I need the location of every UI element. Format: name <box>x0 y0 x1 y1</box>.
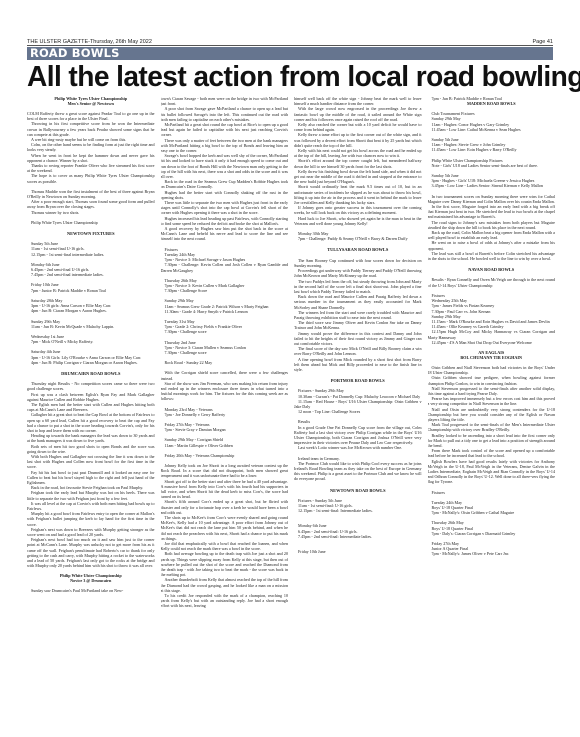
paragraph: himself well back off the white sign - J… <box>294 96 422 106</box>
fixture-block: Thursday 26th May Boys' U-18 Quarter Fin… <box>428 520 556 536</box>
paragraph: The winners led from the start and were … <box>294 310 422 320</box>
paragraph: The Portmor Club would like to wish Phil… <box>294 461 422 482</box>
paragraph: Feighan took the early lead but Murphy w… <box>27 490 155 500</box>
fixture-block: Monday 6th June 6.45pm - 2nd semi-final … <box>27 262 155 278</box>
fixture-line: 7pm - McNally's: James Oliver v Pete Car… <box>428 551 556 556</box>
paragraph: Fay hit his last bowl to just past Drumn… <box>27 470 155 486</box>
paragraph: Results - Ryan Connelly and Owen McVeigh… <box>428 277 556 287</box>
fixture-block: Wednesday 1st June 7pm - Mick O'Neill v … <box>27 334 155 344</box>
paragraph: Heading up towards the bank managers the… <box>27 433 155 443</box>
page-number: Page 41 <box>533 39 554 45</box>
paragraph: The lead was still a bowl at Barrett's b… <box>428 251 556 261</box>
fixture-date: Friday 10th June <box>294 549 422 554</box>
paragraph: Another thunderbolt from Kelly that almo… <box>161 577 289 593</box>
paragraph: Thomas Maddie won the first instalment o… <box>27 189 155 199</box>
paragraph: Feighan's next was down to Breezers with… <box>27 527 155 537</box>
fixture-block: Monday 6th June 6.45pm - 2nd semi-final:… <box>294 523 422 539</box>
paragraph: Shortt's effort around the top corner ca… <box>294 158 422 168</box>
fixture-block: Sunday 29th May 11am - Seamus Grew Grade… <box>161 298 289 314</box>
paragraph: When he went in front he kept the hammer… <box>27 153 155 163</box>
fixture-block: Sunday 5th June 11am - 1st semi-final U-… <box>27 241 155 257</box>
paragraph: In a good Grade One Pat Donnelly Cup sco… <box>294 425 422 446</box>
paragraph: Savage's bowl hopped the kerb and was we… <box>161 153 289 179</box>
fixture-line: 10.30am - Curran's - Pat Donnelly Cup: M… <box>294 394 422 399</box>
paragraph: Colm, on the other hand seems to be find… <box>27 142 155 152</box>
fixture-block: Fixtures - Sunday 5th June 11am - 1st se… <box>294 498 422 514</box>
fixture-block: Tuesday 24th May Boys' U-18 Quarter Fina… <box>428 500 556 516</box>
fixture-line: 3pm - U-16 Girls: Lily O'Rourke v Anna C… <box>27 355 155 360</box>
paragraph: Kelly threw his finishing bowl down the … <box>294 169 422 185</box>
paragraph: If Johnny goes onto greater success in t… <box>294 205 422 215</box>
fixture-block: Friday 10th June 7pm - Junior B: Patrick… <box>27 282 155 292</box>
fixture-block: Friday 27th May Junior A Quarter Final 7… <box>428 541 556 557</box>
paragraph: The road signs to Johnny's saw mistakes … <box>428 220 556 230</box>
paragraph: Throwing in his first competitive score … <box>27 121 155 137</box>
paragraph: Thursday night Results - No competition … <box>27 381 155 391</box>
paragraph: Oisin Gribben showed true pedigree, when… <box>428 375 556 385</box>
paragraph: Niall Stevenson progressed to the semi-f… <box>428 386 556 396</box>
column-2: town's Ciaran Savage - both men were on … <box>161 96 289 737</box>
paragraph: Feighan's next bowl had too much on it a… <box>27 537 155 568</box>
column-1: Philip White Tyres Ulster Championship M… <box>27 96 155 737</box>
fixture-block: Saturday 4th June 3pm - U-16 Girls: Lily… <box>27 349 155 365</box>
section-heading: PORTMOR ROAD BOWLS <box>294 378 422 383</box>
paragraph: McPartland hit a great shot round the ca… <box>161 122 289 138</box>
paragraph: Pearse has improved immensely but a few … <box>428 396 556 406</box>
paragraph: Oisin Gribben and Niall Stevenson both h… <box>428 365 556 375</box>
paragraph: First up was a clash between Eglish's Ry… <box>27 392 155 402</box>
paragraph: Kelly with his next could not get his bo… <box>294 148 422 158</box>
fixture-block: Friday 27th May - Veterans 7pm - Stevie … <box>161 422 289 432</box>
section-title: ROAD BOWLS <box>27 47 553 60</box>
fixture-line: 7.30pm - Challenge: Kevin Collen and Jos… <box>161 262 289 272</box>
fixture-line: 3.45pm - Low Line - Ladies Senior: Sinea… <box>428 183 556 188</box>
paragraph: Back down the road and Maurice Cullen an… <box>294 294 422 310</box>
paragraph: Philip White Tyres Ulster Championship <box>27 220 155 225</box>
paragraph: With the large crowd now engrossed in th… <box>294 106 422 122</box>
paragraph: Hughes increased his lead heading up pas… <box>161 216 289 226</box>
fixture-block: Sunday 5th June 3pm - Hughes - Girls' U1… <box>428 173 556 189</box>
fixture-line: 4pm - Jun B: Philip Corrigan v Ciaran Mo… <box>27 360 155 365</box>
column-3: himself well back off the white sign - J… <box>294 96 422 737</box>
section-heading: NAVAN ROAD BOWLS <box>428 267 556 272</box>
paragraph: The third score saw Jimmy Oliver and Kev… <box>294 320 422 330</box>
paragraph: Back in the road in the Seamus Grew Cup … <box>161 179 289 189</box>
paragraph: Hughes had the better start with Connoll… <box>161 190 289 200</box>
paragraph: The two Paddys led from the off, but ste… <box>294 279 422 295</box>
paragraph: Hard luck to Joe Shortt, who showed yet … <box>294 216 422 226</box>
fixture-block: Monday 23rd May - Veterans 7pm - Joe Don… <box>161 407 289 417</box>
paragraph: Shortt would ordinarily beat the mark 9.… <box>294 184 422 205</box>
paragraph: He went on to raise a bowl of odds at Jo… <box>428 240 556 250</box>
paragraph: Johnny Kelly took on Joe Shortt in a lon… <box>161 463 289 479</box>
paragraph: Star of the show was Jim Freeman, who wa… <box>161 381 289 402</box>
paragraph: In two tournament scores on Sunday morni… <box>428 194 556 204</box>
paragraph: After a poor enough start, Thomas soon f… <box>27 199 155 209</box>
fixture-block: Wednesday 25th May 7pm - James Fields vs… <box>428 298 556 345</box>
paragraph: Note - Girls' U18 and Ladies Senior semi… <box>428 163 556 168</box>
paragraph: The hope is to cover as many Philip Whit… <box>27 173 155 183</box>
fixture-block: Sunday 29th May - Corrigan Shield 11am -… <box>161 437 289 447</box>
section-heading: TULLYSARAN ROAD BOWLS <box>294 247 422 252</box>
section-heading: DRUMCAIRN ROAD BOWLS <box>27 371 155 376</box>
fixture-line: 7pm - Challenge: Paddy & Seamy O'Neill v… <box>294 236 422 241</box>
paragraph: It was all level at the cap at Corvin's … <box>27 501 155 511</box>
paragraph: Back up the road, Colin Mallon beat a bi… <box>428 230 556 240</box>
section-heading: NEWTOWN FIXTURES <box>27 231 155 236</box>
page-header: THE ULSTER GAZETTE-Thursday, 26th May 20… <box>27 36 553 46</box>
paragraph: town's Ciaran Savage - both men were on … <box>161 96 289 106</box>
paragraph: Bradley looked to be ascending into a sh… <box>428 433 556 449</box>
paragraph: The final score of the day saw Mick O'Ne… <box>294 346 422 356</box>
fixture-block: Sunday 29th May 11am - Hughes: Conor Hug… <box>428 116 556 132</box>
paragraph: In the first score, Maguire forged into … <box>428 204 556 220</box>
paragraph: Jimmy would prove the difference in this… <box>294 331 422 347</box>
paragraph: Kelly threw a tame effort up to the firs… <box>294 132 422 148</box>
paragraph: Murphy hit a good bowl from Fairlews ent… <box>27 511 155 527</box>
paragraph: The Eglish men had the better start with… <box>27 402 155 412</box>
paragraph: Both sets of men hit two good shots to o… <box>27 444 155 454</box>
newspaper-dateline: THE ULSTER GAZETTE-Thursday, 26th May 20… <box>27 39 152 45</box>
paragraph: COLM Rafferty threw a great score agains… <box>27 111 155 121</box>
fixture-block: Thursday 26th May 7pm - Novice 3: Kevin … <box>161 278 289 294</box>
fixture-block: Sunday 29th May 11am - Jun B: Kevin McQu… <box>27 319 155 329</box>
section-heading: NEWTOWN ROAD BOWLS <box>294 488 422 493</box>
fixture-block: Saturday 28th May 3pm - U-16 girls: Anna… <box>27 298 155 314</box>
fixture-block: Tuesday 24th May 7pm - Novice 3: Michael… <box>161 252 289 273</box>
paragraph: Mark Toal progressed to the semi-finals … <box>428 422 556 432</box>
paragraph: There was little to separate the two men… <box>161 200 289 216</box>
paragraph: From there Mark took control of the scor… <box>428 448 556 458</box>
paragraph: The shots up to McKee's from Corr's were… <box>161 515 289 541</box>
paragraph: Kelly also reached the corner but with a… <box>294 122 422 132</box>
paragraph: Gallagher hit a great shot to beat the C… <box>27 412 155 433</box>
column-4: 7pm - Jun B: Patrick Maddie v Ronan Toal… <box>428 96 556 737</box>
fixture-block: Thursday 2nd June 7pm - Novice 3: Ciaran… <box>161 340 289 356</box>
paragraph: Eglish Bowlers have had good results lat… <box>428 459 556 485</box>
paragraph: With the Corrigan shield score cancelled… <box>161 370 289 380</box>
paragraph: Both had average bowling up to the death… <box>161 551 289 577</box>
paragraph: A good recovery by Hughes saw him put th… <box>161 226 289 242</box>
headline: All the latest action from local road bo… <box>27 61 539 93</box>
paragraph: With both Hughes and Gallagher not cross… <box>27 454 155 470</box>
paragraph: A fine opening bowl from Mick rounded by… <box>294 357 422 373</box>
paragraph: The Sam Rooney Cup continued with four s… <box>294 258 422 268</box>
fixture-line: 11.15am - Red House - Boys' U16 Ulster C… <box>294 399 422 409</box>
paragraph: Proceedings got underway with Paddy Tier… <box>294 268 422 278</box>
fixture-line: 12.15pm Hugh McCoy and Micky Hannaway vs… <box>428 329 556 339</box>
paragraph: Sunday saw Drumcairn's Paul McPartland t… <box>27 588 155 593</box>
paragraph: A poor shot from Savage gave McPartland … <box>161 106 289 122</box>
paragraph: Joe did that emphatically with a bowl th… <box>161 541 289 551</box>
paragraph: Niall and Oisin are undoubtedly very str… <box>428 407 556 423</box>
paragraph: Thanks to roving reporter Frankie Oliver… <box>27 163 155 173</box>
fixture-block: Tuesday 31st May 7pm - Grade 2: Chrissy … <box>161 319 289 335</box>
paragraph: There was only a matter of feet between … <box>161 138 289 154</box>
fixture-block: Sunday 5th June 11am - Hughes: Stevie Gr… <box>428 137 556 153</box>
paragraph: To his credit Joe responded with the mar… <box>161 593 289 609</box>
article-columns: Philip White Tyres Ulster Championship M… <box>27 96 555 737</box>
paragraph: Shortt got off to the better start and a… <box>161 479 289 500</box>
paragraph: Shortt's fifth around Corr's ended up a … <box>161 499 289 515</box>
